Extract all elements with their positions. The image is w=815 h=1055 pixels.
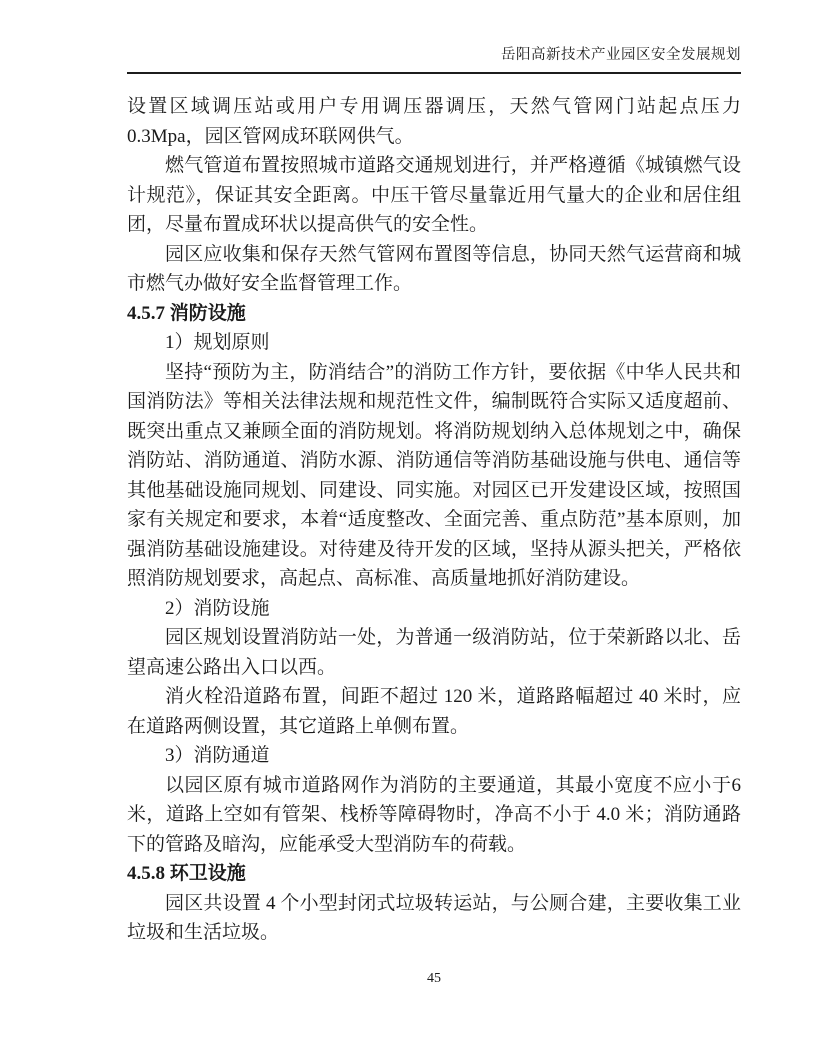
subheading-fire-facilities: 2）消防设施 (127, 594, 741, 624)
paragraph-gas-pipeline-layout: 燃气管道布置按照城市道路交通规划进行，并严格遵循《城镇燃气设计规范》，保证其安全… (127, 151, 741, 240)
paragraph-gas-pressure: 设置区域调压站或用户专用调压器调压，天然气管网门站起点压力 0.3Mpa，园区管… (127, 92, 741, 151)
paragraph-fire-hydrants: 消火栓沿道路布置，间距不超过 120 米，道路路幅超过 40 米时，应在道路两侧… (127, 682, 741, 741)
page-header: 岳阳高新技术产业园区安全发展规划 (127, 46, 741, 74)
subheading-fire-access: 3）消防通道 (127, 741, 741, 771)
paragraph-fire-station: 园区规划设置消防站一处，为普通一级消防站，位于荣新路以北、岳望高速公路出入口以西… (127, 623, 741, 682)
document-page: 岳阳高新技术产业园区安全发展规划 设置区域调压站或用户专用调压器调压，天然气管网… (0, 0, 815, 1055)
page-number: 45 (427, 971, 441, 986)
document-body: 设置区域调压站或用户专用调压器调压，天然气管网门站起点压力 0.3Mpa，园区管… (127, 92, 741, 948)
header-title: 岳阳高新技术产业园区安全发展规划 (501, 47, 741, 63)
paragraph-sanitation-facilities: 园区共设置 4 个小型封闭式垃圾转运站，与公厕合建，主要收集工业垃圾和生活垃圾。 (127, 889, 741, 948)
subheading-planning-principles: 1）规划原则 (127, 328, 741, 358)
paragraph-fire-planning-principles: 坚持“预防为主，防消结合”的消防工作方针，要依据《中华人民共和国消防法》等相关法… (127, 358, 741, 594)
section-heading-4-5-7: 4.5.7 消防设施 (127, 299, 741, 329)
section-heading-4-5-8: 4.5.8 环卫设施 (127, 859, 741, 889)
page-footer: 45 (127, 971, 741, 987)
paragraph-fire-access-roads: 以园区原有城市道路网作为消防的主要通道，其最小宽度不应小于6米，道路上空如有管架… (127, 771, 741, 860)
paragraph-gas-info-management: 园区应收集和保存天然气管网布置图等信息，协同天然气运营商和城市燃气办做好安全监督… (127, 240, 741, 299)
